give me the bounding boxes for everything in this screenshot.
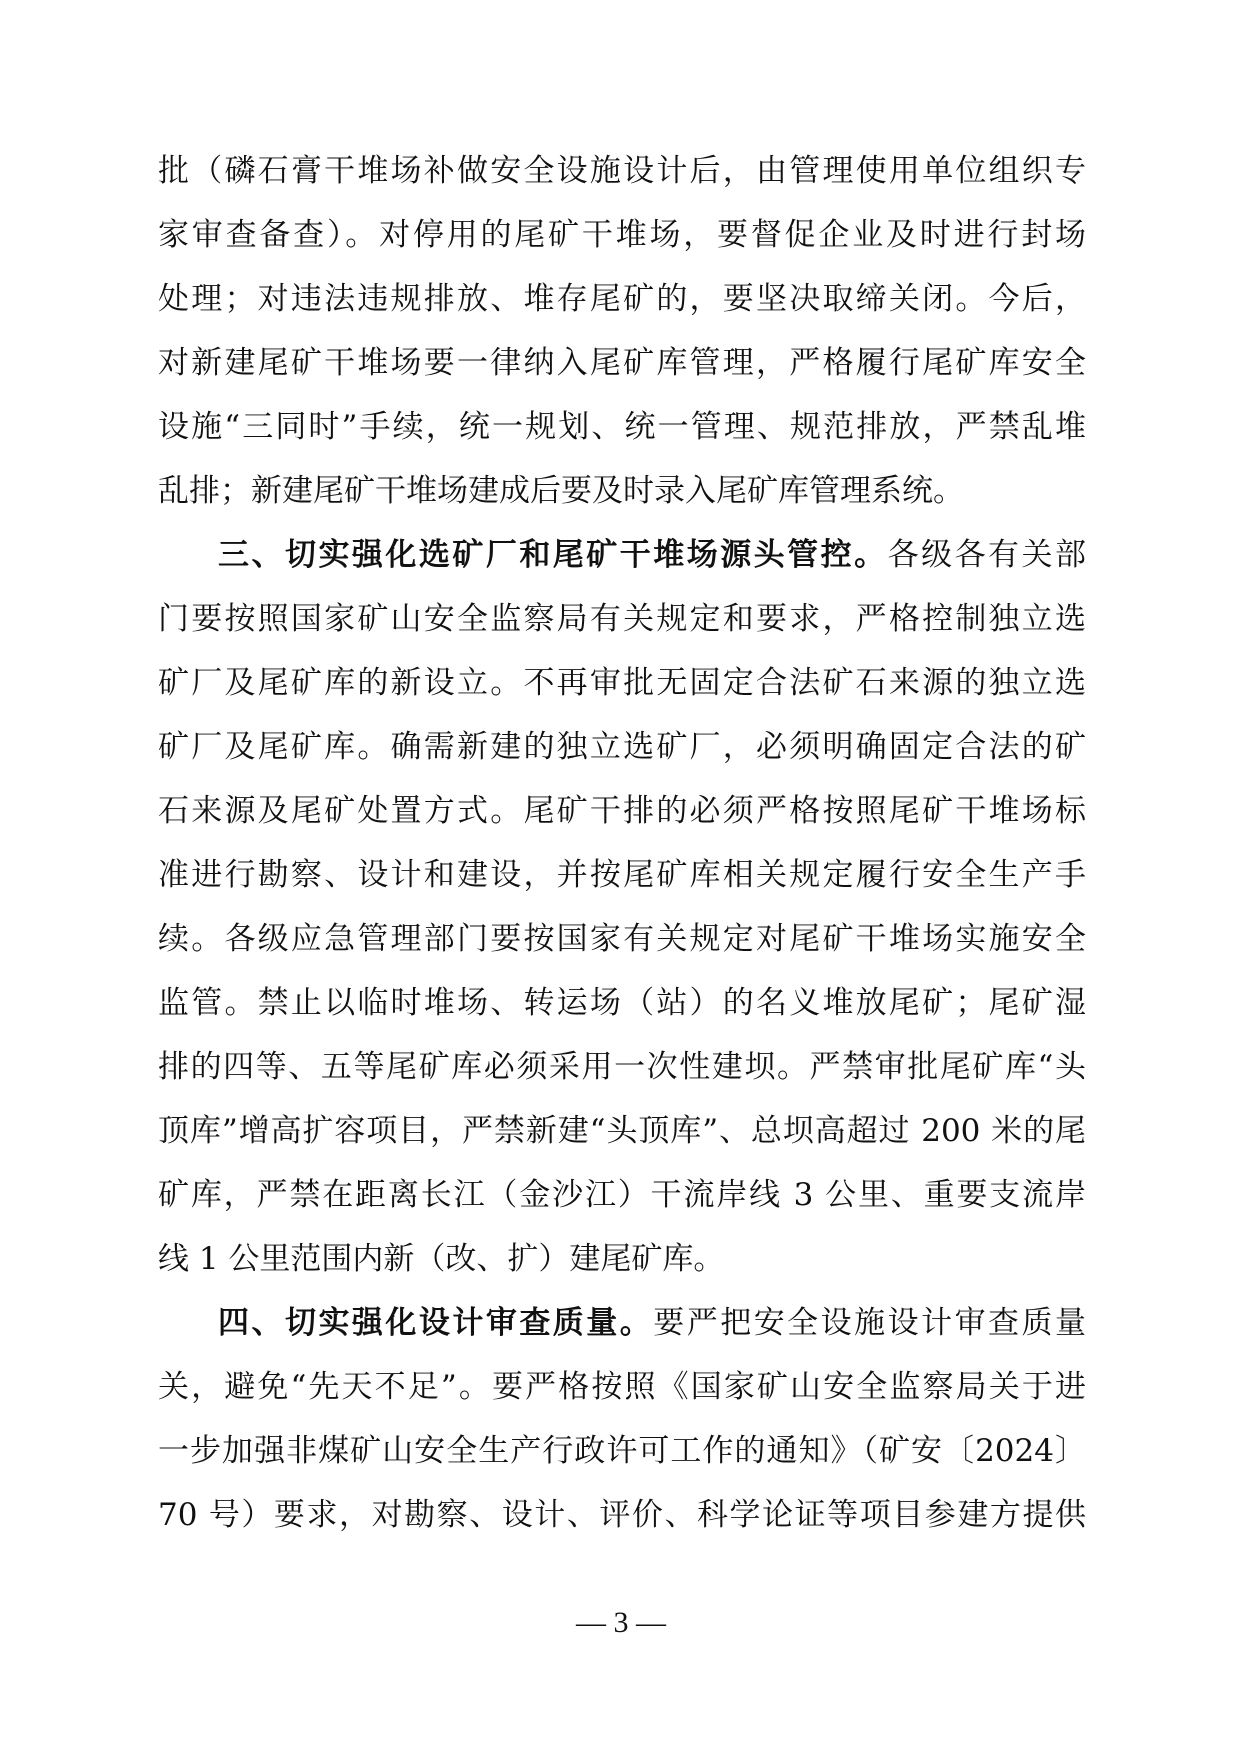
body-text-line: 乱排；新建尾矿干堆场建成后要及时录入尾矿库管理系统。 xyxy=(158,461,1086,521)
body-text-line: 顶库”增高扩容项目，严禁新建“头顶库”、总坝高超过 200 米的尾 xyxy=(158,1101,1086,1161)
body-text-line: 矿库，严禁在距离长江（金沙江）干流岸线 3 公里、重要支流岸 xyxy=(158,1165,1086,1225)
section-4-first-line: 四、切实强化设计审查质量。要严把安全设施设计审查质量 xyxy=(218,1293,1086,1353)
body-text-line: 石来源及尾矿处置方式。尾矿干排的必须严格按照尾矿干堆场标 xyxy=(158,781,1086,841)
body-text-line: 关，避免“先天不足”。要严格按照《国家矿山安全监察局关于进 xyxy=(158,1357,1086,1417)
section-3-heading: 三、切实强化选矿厂和尾矿干堆场源头管控。 xyxy=(218,537,888,573)
body-text-line: 家审查备查）。对停用的尾矿干堆场，要督促企业及时进行封场 xyxy=(158,205,1086,265)
section-4-first-line-text: 要严把安全设施设计审查质量 xyxy=(653,1305,1086,1341)
body-text-line: 续。各级应急管理部门要按国家有关规定对尾矿干堆场实施安全 xyxy=(158,909,1086,969)
section-3-first-line: 三、切实强化选矿厂和尾矿干堆场源头管控。各级各有关部 xyxy=(218,525,1086,585)
body-text-line: 准进行勘察、设计和建设，并按尾矿库相关规定履行安全生产手 xyxy=(158,845,1086,905)
body-text-line: 一步加强非煤矿山安全生产行政许可工作的通知》（矿安〔2024〕 xyxy=(158,1421,1086,1481)
body-text-line: 矿厂及尾矿库的新设立。不再审批无固定合法矿石来源的独立选 xyxy=(158,653,1086,713)
body-text-line: 线 1 公里范围内新（改、扩）建尾矿库。 xyxy=(158,1229,1086,1289)
document-page: 批（磷石膏干堆场补做安全设施设计后，由管理使用单位组织专 家审查备查）。对停用的… xyxy=(0,0,1242,1755)
body-text-line: 矿厂及尾矿库。确需新建的独立选矿厂，必须明确固定合法的矿 xyxy=(158,717,1086,777)
section-3-first-line-text: 各级各有关部 xyxy=(888,537,1086,573)
body-text-line: 70 号）要求，对勘察、设计、评价、科学论证等项目参建方提供 xyxy=(158,1485,1086,1545)
section-4-heading: 四、切实强化设计审查质量。 xyxy=(218,1305,653,1341)
body-text-line: 设施“三同时”手续，统一规划、统一管理、规范排放，严禁乱堆 xyxy=(158,397,1086,457)
body-text-line: 排的四等、五等尾矿库必须采用一次性建坝。严禁审批尾矿库“头 xyxy=(158,1037,1086,1097)
body-text-line: 门要按照国家矿山安全监察局有关规定和要求，严格控制独立选 xyxy=(158,589,1086,649)
body-text-line: 批（磷石膏干堆场补做安全设施设计后，由管理使用单位组织专 xyxy=(158,141,1086,201)
page-number: — 3 — xyxy=(0,1603,1242,1643)
body-text-line: 监管。禁止以临时堆场、转运场（站）的名义堆放尾矿；尾矿湿 xyxy=(158,973,1086,1033)
body-text-line: 处理；对违法违规排放、堆存尾矿的，要坚决取缔关闭。今后， xyxy=(158,269,1086,329)
body-text-line: 对新建尾矿干堆场要一律纳入尾矿库管理，严格履行尾矿库安全 xyxy=(158,333,1086,393)
